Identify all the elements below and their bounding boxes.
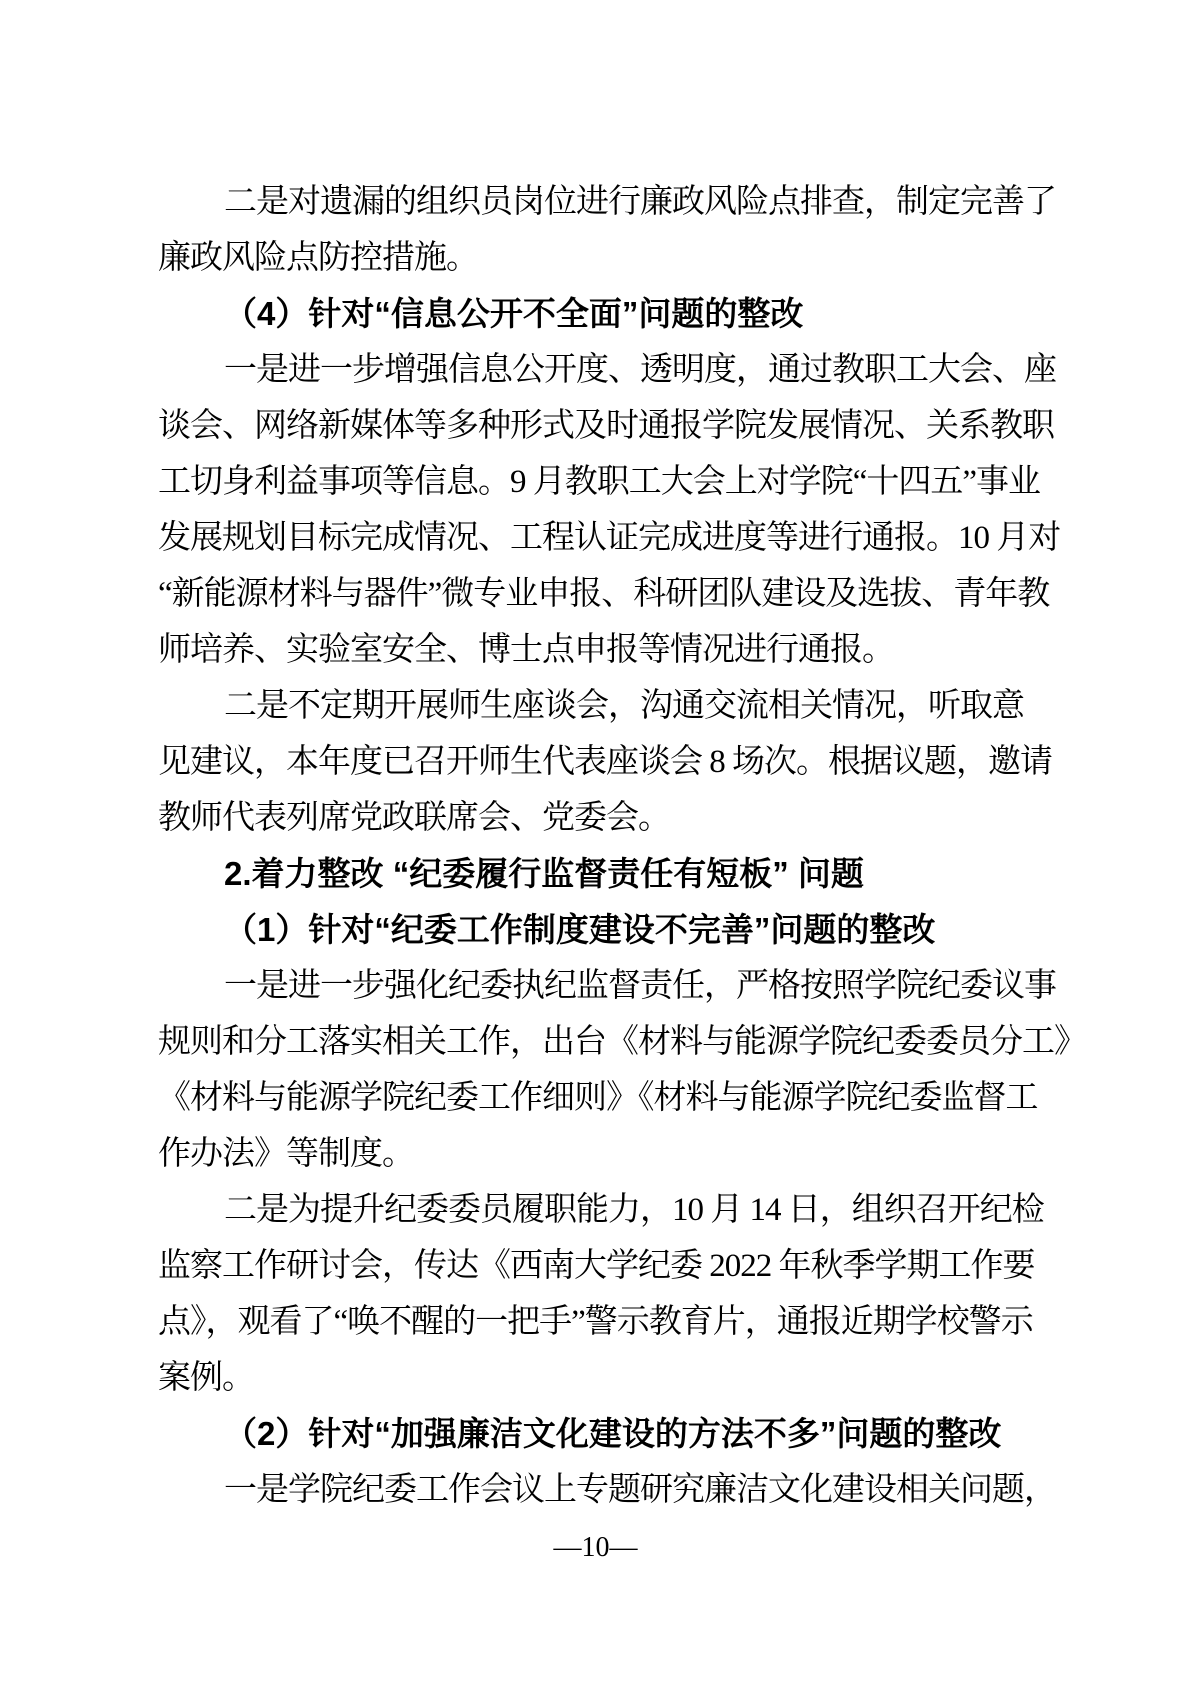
body-line: 谈会、网络新媒体等多种形式及时通报学院发展情况、关系教职 bbox=[158, 398, 1044, 454]
body-line: 一是进一步强化纪委执纪监督责任，严格按照学院纪委议事 bbox=[158, 958, 1044, 1014]
body-line: 工切身利益事项等信息。9 月教职工大会上对学院“十四五”事业 bbox=[158, 454, 1044, 510]
section-heading: 2.着力整改 “纪委履行监督责任有短板” 问题 bbox=[158, 846, 1044, 902]
body-line: 案例。 bbox=[158, 1350, 1044, 1406]
text-content: 二是对遗漏的组织员岗位进行廉政风险点排查，制定完善了 廉政风险点防控措施。 （4… bbox=[158, 174, 1044, 1518]
body-line: “新能源材料与器件”微专业申报、科研团队建设及选拔、青年教 bbox=[158, 566, 1044, 622]
body-line: 二是不定期开展师生座谈会，沟通交流相关情况，听取意 bbox=[158, 678, 1044, 734]
section-heading: （1）针对“纪委工作制度建设不完善”问题的整改 bbox=[158, 902, 1044, 958]
body-line: 监察工作研讨会，传达《西南大学纪委 2022 年秋季学期工作要 bbox=[158, 1238, 1044, 1294]
body-line: 教师代表列席党政联席会、党委会。 bbox=[158, 790, 1044, 846]
section-heading: （2）针对“加强廉洁文化建设的方法不多”问题的整改 bbox=[158, 1406, 1044, 1462]
body-line: 规则和分工落实相关工作，出台《材料与能源学院纪委委员分工》 bbox=[158, 1014, 1044, 1070]
document-page: 二是对遗漏的组织员岗位进行廉政风险点排查，制定完善了 廉政风险点防控措施。 （4… bbox=[0, 0, 1191, 1684]
body-line: 一是进一步增强信息公开度、透明度，通过教职工大会、座 bbox=[158, 342, 1044, 398]
body-line: 点》，观看了“唤不醒的一把手”警示教育片，通报近期学校警示 bbox=[158, 1294, 1044, 1350]
body-line: 廉政风险点防控措施。 bbox=[158, 230, 1044, 286]
body-line: 一是学院纪委工作会议上专题研究廉洁文化建设相关问题， bbox=[158, 1462, 1044, 1518]
body-line: 见建议，本年度已召开师生代表座谈会 8 场次。根据议题，邀请 bbox=[158, 734, 1044, 790]
body-line: 《材料与能源学院纪委工作细则》《材料与能源学院纪委监督工 bbox=[158, 1070, 1044, 1126]
page-number-footer: —10— bbox=[0, 1532, 1191, 1564]
body-line: 二是为提升纪委委员履职能力，10 月 14 日，组织召开纪检 bbox=[158, 1182, 1044, 1238]
body-line: 发展规划目标完成情况、工程认证完成进度等进行通报。10 月对 bbox=[158, 510, 1044, 566]
body-line: 作办法》等制度。 bbox=[158, 1126, 1044, 1182]
section-heading: （4）针对“信息公开不全面”问题的整改 bbox=[158, 286, 1044, 342]
body-line: 二是对遗漏的组织员岗位进行廉政风险点排查，制定完善了 bbox=[158, 174, 1044, 230]
body-line: 师培养、实验室安全、博士点申报等情况进行通报。 bbox=[158, 622, 1044, 678]
